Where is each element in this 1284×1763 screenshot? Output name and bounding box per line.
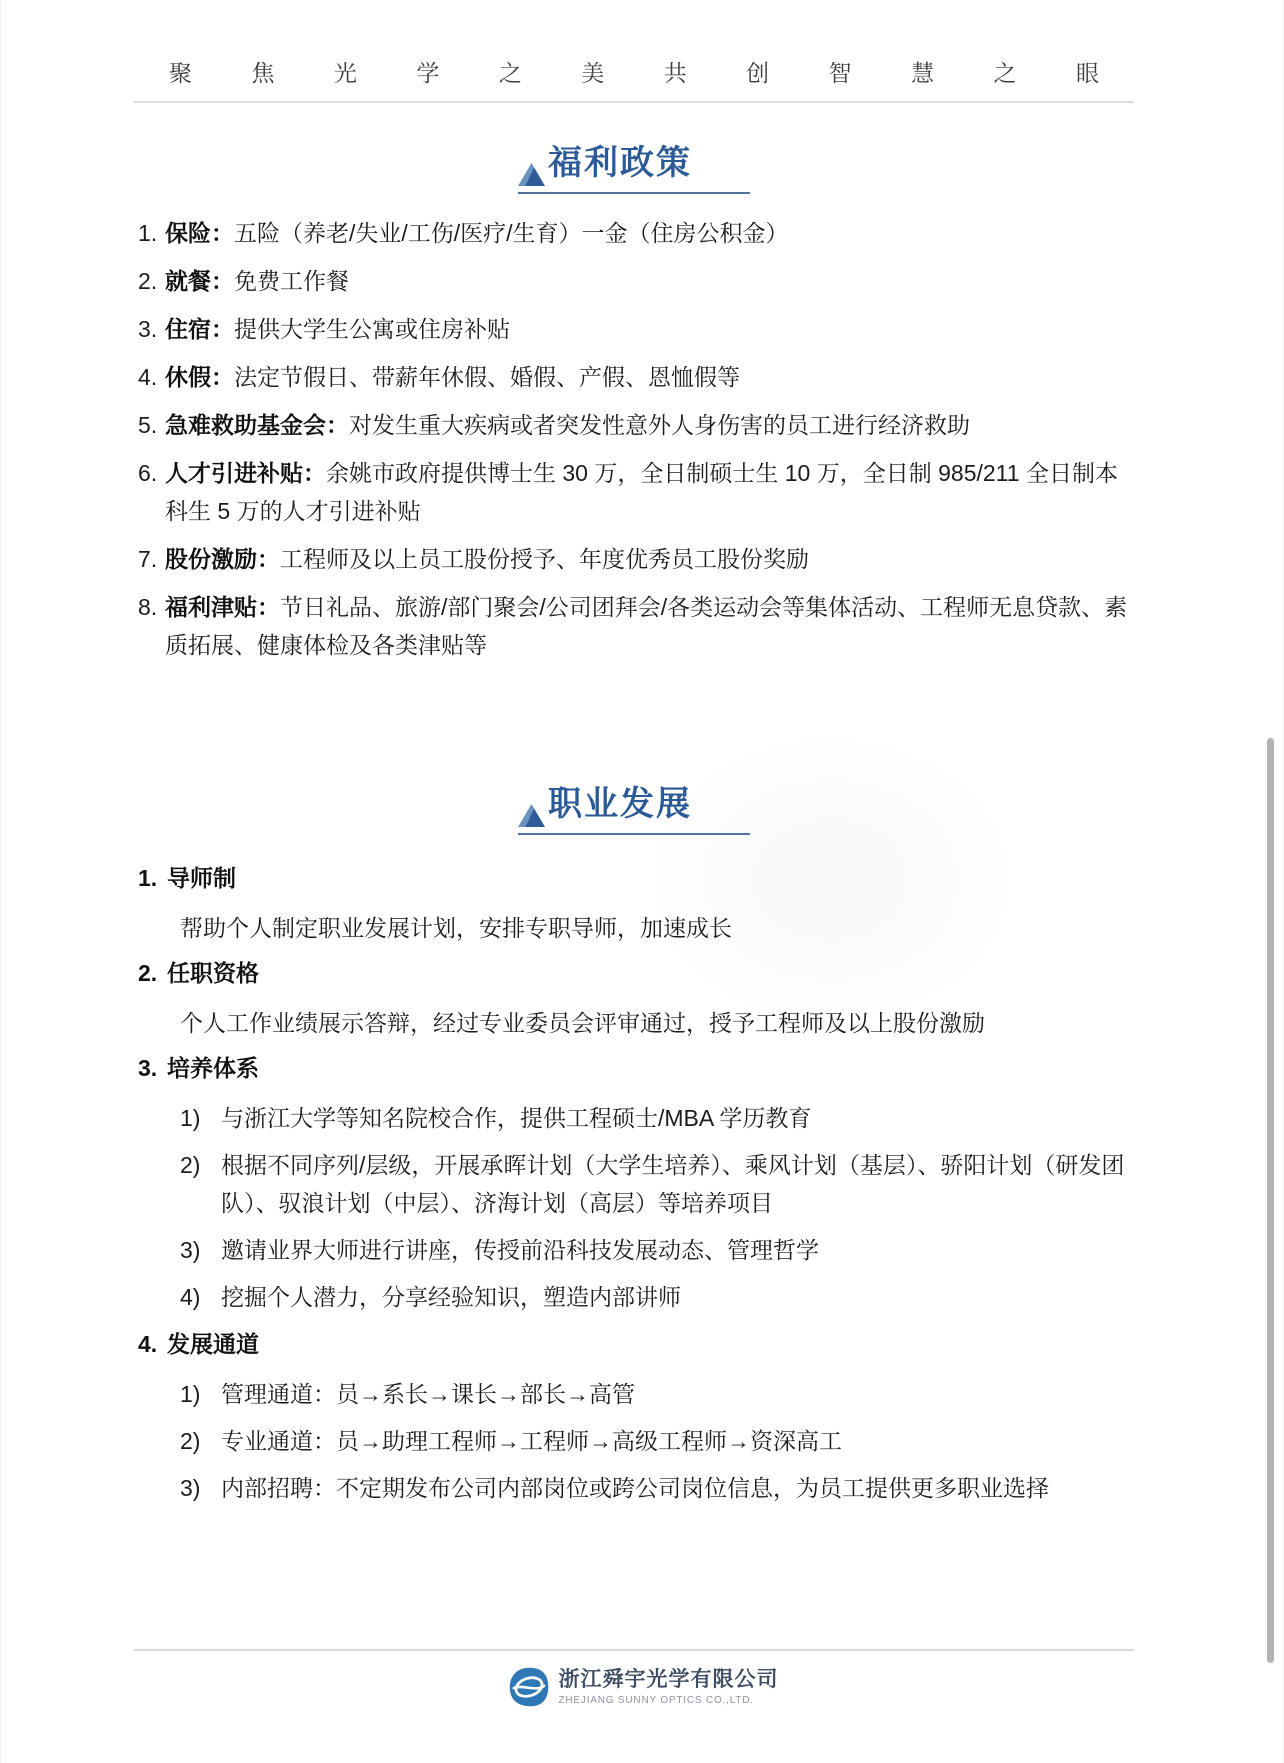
motto-char: 学 [416, 58, 439, 88]
item-body: 节日礼品、旅游/部门聚会/公司团拜会/各类运动会等集体活动、工程师无息贷款、素质… [165, 594, 1127, 658]
motto-char: 创 [746, 58, 769, 88]
header-divider [134, 101, 1134, 103]
sub-list-item: 3) 邀请业界大师进行讲座，传授前沿科技发展动态、管理哲学 [180, 1231, 1134, 1269]
item-label: 住宿： [165, 316, 234, 342]
item-body: 对发生重大疾病或者突发性意外人身伤害的员工进行经济救助 [349, 412, 970, 438]
document-page: 聚 焦 光 学 之 美 共 创 智 慧 之 眼 福利政策 1. 保险：五险（养老… [0, 0, 1284, 1763]
item-heading: 培养体系 [167, 1049, 259, 1087]
item-heading: 发展通道 [167, 1325, 259, 1363]
item-number: 1. [138, 859, 167, 897]
motto-char: 之 [499, 58, 522, 88]
item-text: 休假：法定节假日、带薪年休假、婚假、产假、恩恤假等 [165, 358, 1134, 396]
sub-item-text: 根据不同序列/层级，开展承晖计划（大学生培养）、乘风计划（基层）、骄阳计划（研发… [221, 1146, 1134, 1222]
list-item: 1. 保险：五险（养老/失业/工伤/医疗/生育）一金（住房公积金） [138, 214, 1134, 252]
item-label: 就餐： [165, 268, 234, 294]
item-body: 法定节假日、带薪年休假、婚假、产假、恩恤假等 [234, 364, 740, 390]
sub-item-text: 内部招聘：不定期发布公司内部岗位或跨公司岗位信息，为员工提供更多职业选择 [221, 1469, 1134, 1507]
item-text: 就餐：免费工作餐 [165, 262, 1134, 300]
item-number: 1. [138, 214, 165, 252]
item-text: 住宿：提供大学生公寓或住房补贴 [165, 310, 1134, 348]
sub-list-item: 1) 管理通道：员→系长→课长→部长→高管 [180, 1375, 1134, 1413]
item-paragraph: 帮助个人制定职业发展计划，安排专职导师，加速成长 [180, 909, 1134, 947]
sub-item-text: 与浙江大学等知名院校合作，提供工程硕士/MBA 学历教育 [221, 1099, 1134, 1137]
list-item: 3. 住宿：提供大学生公寓或住房补贴 [138, 310, 1134, 348]
item-heading-row: 3. 培养体系 [138, 1049, 1134, 1087]
item-number: 3. [138, 1049, 167, 1087]
item-number: 7. [138, 540, 165, 578]
item-label: 保险： [165, 220, 234, 246]
item-number: 6. [138, 454, 165, 530]
motto-char: 美 [581, 58, 604, 88]
welfare-list: 1. 保险：五险（养老/失业/工伤/医疗/生育）一金（住房公积金） 2. 就餐：… [138, 214, 1134, 664]
motto-char: 之 [994, 58, 1017, 88]
item-text: 人才引进补贴：余姚市政府提供博士生 30 万，全日制硕士生 10 万，全日制 9… [165, 454, 1134, 530]
company-names: 浙江舜宇光学有限公司 ZHEJIANG SUNNY OPTICS CO.,LTD… [559, 1667, 779, 1707]
list-item: 8. 福利津贴：节日礼品、旅游/部门聚会/公司团拜会/各类运动会等集体活动、工程… [138, 588, 1134, 664]
item-number: 2. [138, 262, 165, 300]
item-paragraph: 个人工作业绩展示答辩，经过专业委员会评审通过，授予工程师及以上股份激励 [180, 1004, 1134, 1042]
scrollbar-thumb[interactable] [1267, 738, 1274, 1663]
sub-item-number: 2) [180, 1422, 221, 1460]
triangle-icon [518, 163, 545, 186]
item-label: 急难救助基金会： [165, 412, 349, 438]
sub-item-number: 3) [180, 1469, 221, 1507]
header-motto: 聚 焦 光 学 之 美 共 创 智 慧 之 眼 [169, 58, 1099, 88]
sub-item-number: 1) [180, 1375, 221, 1413]
item-heading-row: 1. 导师制 [138, 859, 1134, 897]
list-item: 5. 急难救助基金会：对发生重大疾病或者突发性意外人身伤害的员工进行经济救助 [138, 406, 1134, 444]
item-number: 4. [138, 1325, 167, 1363]
item-text: 股份激励：工程师及以上员工股份授予、年度优秀员工股份奖励 [165, 540, 1134, 578]
item-body: 免费工作餐 [234, 268, 349, 294]
motto-char: 光 [334, 58, 357, 88]
list-item: 4. 休假：法定节假日、带薪年休假、婚假、产假、恩恤假等 [138, 358, 1134, 396]
page-content: 聚 焦 光 学 之 美 共 创 智 慧 之 眼 福利政策 1. 保险：五险（养老… [134, 58, 1134, 1507]
list-item: 3. 培养体系 1) 与浙江大学等知名院校合作，提供工程硕士/MBA 学历教育 … [138, 1049, 1134, 1316]
motto-char: 眼 [1076, 58, 1099, 88]
list-item: 1. 导师制 帮助个人制定职业发展计划，安排专职导师，加速成长 [138, 859, 1134, 947]
item-number: 8. [138, 588, 165, 664]
list-item: 7. 股份激励：工程师及以上员工股份授予、年度优秀员工股份奖励 [138, 540, 1134, 578]
sub-item-number: 2) [180, 1146, 221, 1222]
sub-list-item: 2) 专业通道：员→助理工程师→工程师→高级工程师→资深高工 [180, 1422, 1134, 1460]
item-label: 休假： [165, 364, 234, 390]
sub-list-item: 4) 挖掘个人潜力，分享经验知识，塑造内部讲师 [180, 1278, 1134, 1316]
motto-char: 慧 [911, 58, 934, 88]
sub-item-text: 管理通道：员→系长→课长→部长→高管 [221, 1375, 1134, 1413]
sub-item-text: 专业通道：员→助理工程师→工程师→高级工程师→资深高工 [221, 1422, 1134, 1460]
motto-char: 焦 [251, 58, 274, 88]
item-number: 4. [138, 358, 165, 396]
item-body: 提供大学生公寓或住房补贴 [234, 316, 510, 342]
career-section-header: 职业发展 [134, 776, 1134, 835]
company-name-cn: 浙江舜宇光学有限公司 [559, 1667, 779, 1693]
triangle-icon [518, 804, 545, 827]
section-title-welfare: 福利政策 [518, 135, 750, 194]
section-title-text: 职业发展 [548, 785, 692, 823]
list-item: 2. 就餐：免费工作餐 [138, 262, 1134, 300]
sub-item-number: 4) [180, 1278, 221, 1316]
list-item: 4. 发展通道 1) 管理通道：员→系长→课长→部长→高管 2) 专业通道：员→… [138, 1325, 1134, 1507]
sub-item-number: 3) [180, 1231, 221, 1269]
item-text: 急难救助基金会：对发生重大疾病或者突发性意外人身伤害的员工进行经济救助 [165, 406, 1134, 444]
motto-char: 智 [829, 58, 852, 88]
item-body: 工程师及以上员工股份授予、年度优秀员工股份奖励 [280, 546, 809, 572]
sub-list-item: 2) 根据不同序列/层级，开展承晖计划（大学生培养）、乘风计划（基层）、骄阳计划… [180, 1146, 1134, 1222]
sub-list: 1) 与浙江大学等知名院校合作，提供工程硕士/MBA 学历教育 2) 根据不同序… [138, 1099, 1134, 1316]
list-item: 6. 人才引进补贴：余姚市政府提供博士生 30 万，全日制硕士生 10 万，全日… [138, 454, 1134, 530]
list-item: 2. 任职资格 个人工作业绩展示答辩，经过专业委员会评审通过，授予工程师及以上股… [138, 954, 1134, 1042]
sub-item-text: 挖掘个人潜力，分享经验知识，塑造内部讲师 [221, 1278, 1134, 1316]
item-heading-row: 2. 任职资格 [138, 954, 1134, 992]
footer: 浙江舜宇光学有限公司 ZHEJIANG SUNNY OPTICS CO.,LTD… [1, 1666, 1284, 1708]
item-heading: 导师制 [167, 859, 236, 897]
company-logo-icon [508, 1666, 550, 1708]
sub-list-item: 1) 与浙江大学等知名院校合作，提供工程硕士/MBA 学历教育 [180, 1099, 1134, 1137]
career-list: 1. 导师制 帮助个人制定职业发展计划，安排专职导师，加速成长 2. 任职资格 … [138, 859, 1134, 1507]
company-name-en: ZHEJIANG SUNNY OPTICS CO.,LTD. [559, 1694, 754, 1707]
item-heading-row: 4. 发展通道 [138, 1325, 1134, 1363]
sub-item-number: 1) [180, 1099, 221, 1137]
sub-list: 1) 管理通道：员→系长→课长→部长→高管 2) 专业通道：员→助理工程师→工程… [138, 1375, 1134, 1507]
sub-item-text: 邀请业界大师进行讲座，传授前沿科技发展动态、管理哲学 [221, 1231, 1134, 1269]
footer-divider [134, 1649, 1134, 1651]
item-number: 3. [138, 310, 165, 348]
item-number: 5. [138, 406, 165, 444]
section-title-text: 福利政策 [548, 144, 692, 182]
item-heading: 任职资格 [167, 954, 259, 992]
motto-char: 聚 [169, 58, 192, 88]
item-label: 股份激励： [165, 546, 280, 572]
motto-char: 共 [664, 58, 687, 88]
item-label: 福利津贴： [165, 594, 280, 620]
item-number: 2. [138, 954, 167, 992]
section-title-career: 职业发展 [518, 776, 750, 835]
item-text: 保险：五险（养老/失业/工伤/医疗/生育）一金（住房公积金） [165, 214, 1134, 252]
sub-list-item: 3) 内部招聘：不定期发布公司内部岗位或跨公司岗位信息，为员工提供更多职业选择 [180, 1469, 1134, 1507]
item-text: 福利津贴：节日礼品、旅游/部门聚会/公司团拜会/各类运动会等集体活动、工程师无息… [165, 588, 1134, 664]
item-label: 人才引进补贴： [165, 460, 326, 486]
item-body: 五险（养老/失业/工伤/医疗/生育）一金（住房公积金） [234, 220, 789, 246]
welfare-section-header: 福利政策 [134, 135, 1134, 194]
